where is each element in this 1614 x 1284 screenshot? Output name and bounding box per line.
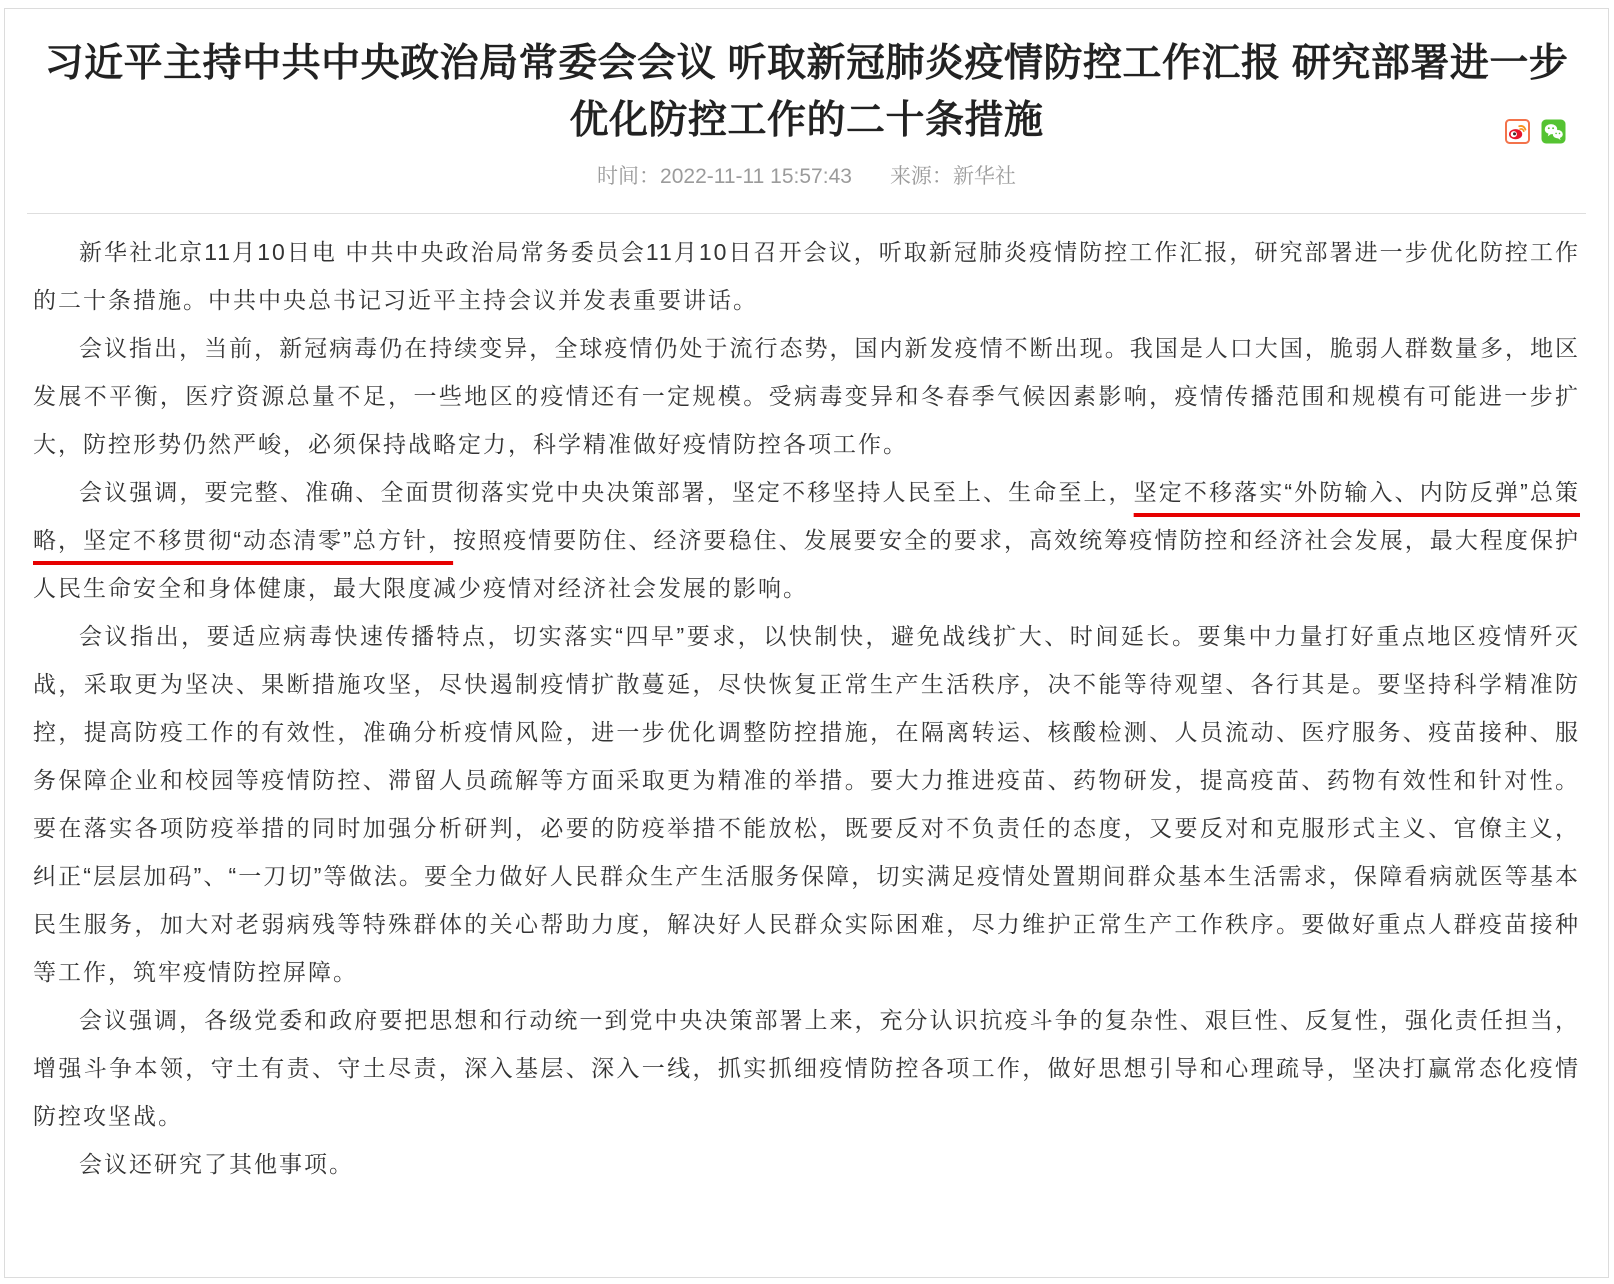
paragraph-text: 会议指出，当前，新冠病毒仍在持续变异，全球疫情仍处于流行态势，国内新发疫情不断出… bbox=[33, 335, 1580, 457]
source-value: 新华社 bbox=[953, 165, 1016, 188]
article-paragraph: 会议强调，各级党委和政府要把思想和行动统一到党中央决策部署上来，充分认识抗疫斗争… bbox=[33, 996, 1580, 1140]
header-divider bbox=[27, 213, 1586, 214]
wechat-icon bbox=[1541, 119, 1566, 144]
source-label: 来源： bbox=[890, 165, 953, 188]
time-value: 2022-11-11 15:57:43 bbox=[660, 165, 852, 188]
share-buttons bbox=[1505, 119, 1566, 144]
article-paragraph: 会议强调，要完整、准确、全面贯彻落实党中央决策部署，坚定不移坚持人民至上、生命至… bbox=[33, 468, 1580, 612]
paragraph-text: 会议强调，各级党委和政府要把思想和行动统一到党中央决策部署上来，充分认识抗疫斗争… bbox=[33, 1007, 1580, 1129]
paragraph-text: 会议强调，要完整、准确、全面贯彻落实党中央决策部署，坚定不移坚持人民至上、生命至… bbox=[79, 479, 1134, 505]
page-title: 习近平主持中共中央政治局常委会会议 听取新冠肺炎疫情防控工作汇报 研究部署进一步… bbox=[37, 35, 1576, 149]
article-paragraph: 会议指出，要适应病毒快速传播特点，切实落实“四早”要求，以快制快，避免战线扩大、… bbox=[33, 612, 1580, 996]
article-page: 习近平主持中共中央政治局常委会会议 听取新冠肺炎疫情防控工作汇报 研究部署进一步… bbox=[4, 8, 1609, 1278]
paragraph-text: 会议指出，要适应病毒快速传播特点，切实落实“四早”要求，以快制快，避免战线扩大、… bbox=[33, 623, 1580, 985]
article-paragraph: 会议还研究了其他事项。 bbox=[33, 1140, 1580, 1188]
article-meta: 时间：2022-11-11 15:57:43来源：新华社 bbox=[33, 162, 1580, 192]
article-paragraph: 会议指出，当前，新冠病毒仍在持续变异，全球疫情仍处于流行态势，国内新发疫情不断出… bbox=[33, 324, 1580, 468]
weibo-icon bbox=[1505, 119, 1530, 144]
time-label: 时间： bbox=[597, 165, 660, 188]
article-paragraph: 新华社北京11月10日电 中共中央政治局常务委员会11月10日召开会议，听取新冠… bbox=[33, 228, 1580, 324]
article-body: 新华社北京11月10日电 中共中央政治局常务委员会11月10日召开会议，听取新冠… bbox=[33, 228, 1580, 1188]
wechat-share-button[interactable] bbox=[1541, 119, 1566, 144]
weibo-share-button[interactable] bbox=[1505, 119, 1530, 144]
paragraph-text: 新华社北京11月10日电 中共中央政治局常务委员会11月10日召开会议，听取新冠… bbox=[33, 239, 1580, 313]
paragraph-text: 会议还研究了其他事项。 bbox=[79, 1151, 354, 1177]
